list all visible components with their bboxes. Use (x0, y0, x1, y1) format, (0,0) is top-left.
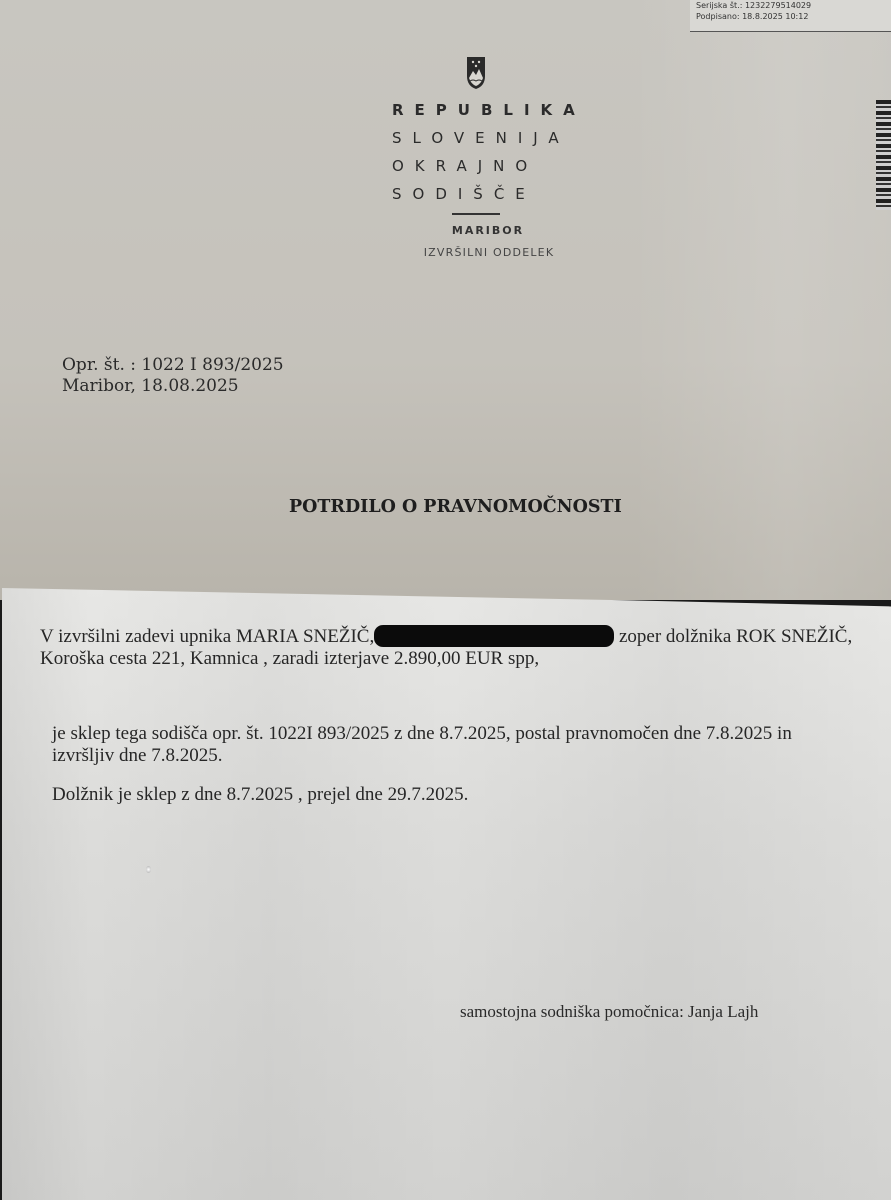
court-line-1: REPUBLIKA (392, 96, 582, 124)
letter-lower-fold (2, 588, 891, 1200)
court-line-4: SODIŠČE (392, 180, 582, 208)
place-date: Maribor, 18.08.2025 (62, 376, 284, 397)
serial-number-line: Serijska št.: 1232279514029 (696, 0, 891, 11)
signed-date-line: Podpisano: 18.8.2025 10:12 (696, 11, 891, 22)
barcode (876, 100, 891, 210)
reference-block: Opr. št. : 1022 I 893/2025 Maribor, 18.0… (62, 355, 284, 397)
paragraph-receipt: Dolžnik je sklep z dne 8.7.2025 , prejel… (52, 784, 752, 806)
paper-dent (146, 866, 151, 873)
redaction-bar (374, 625, 614, 647)
court-city: MARIBOR (400, 224, 576, 237)
case-number: Opr. št. : 1022 I 893/2025 (62, 355, 284, 376)
court-name-block: REPUBLIKA SLOVENIJA OKRAJNO SODIŠČE (392, 96, 582, 208)
paragraph-finality: je sklep tega sodišča opr. št. 1022I 893… (52, 723, 852, 767)
signature-line: samostojna sodniška pomočnica: Janja Laj… (460, 1002, 758, 1022)
slovenia-coat-of-arms-icon (466, 56, 486, 90)
document-title: POTRDILO O PRAVNOMOČNOSTI (289, 497, 622, 517)
court-line-2: SLOVENIJA (392, 124, 582, 152)
court-department: IZVRŠILNI ODDELEK (394, 246, 584, 259)
header-divider (452, 213, 500, 215)
court-line-3: OKRAJNO (392, 152, 582, 180)
paragraph-parties: V izvršilni zadevi upnika MARIA SNEŽIČ, … (40, 625, 870, 670)
e-signature-stamp: Serijska št.: 1232279514029 Podpisano: 1… (690, 0, 891, 32)
